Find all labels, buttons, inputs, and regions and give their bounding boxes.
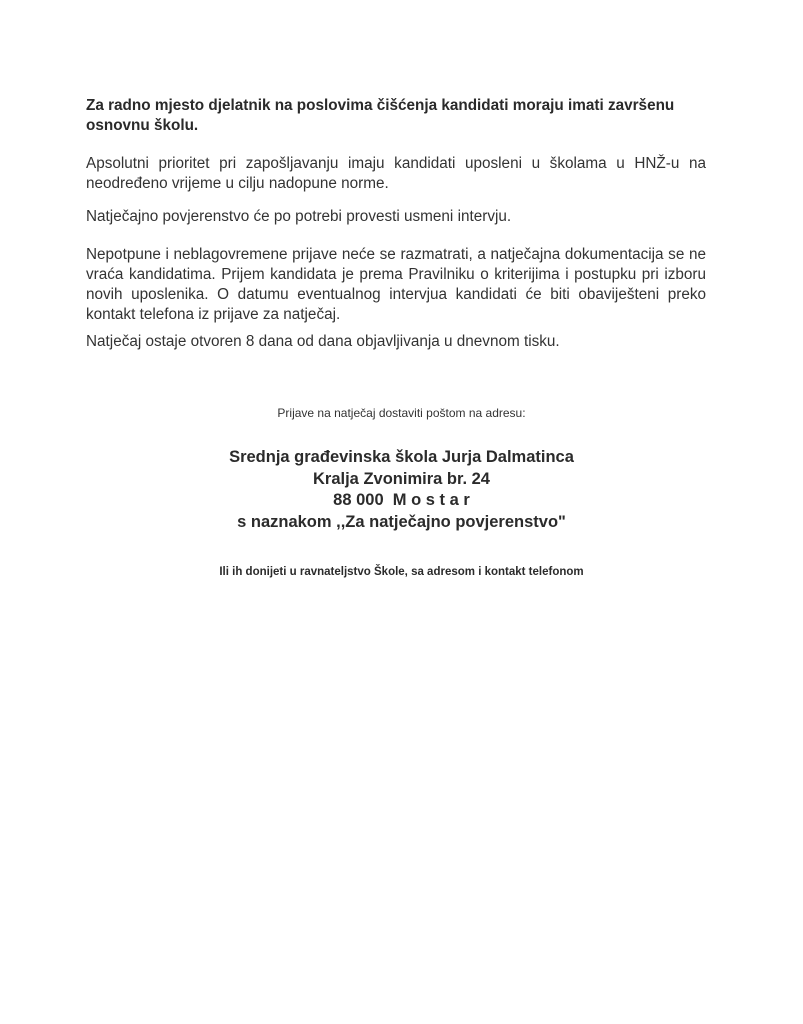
interview-paragraph: Natječajno povjerenstvo će po potrebi pr…: [86, 207, 706, 227]
priority-paragraph: Apsolutni prioritet pri zapošljavanju im…: [86, 154, 706, 194]
delivery-note: Ili ih donijeti u ravnateljstvo Škole, s…: [0, 566, 803, 578]
address-street: Kralja Zvonimira br. 24: [0, 469, 803, 491]
deadline-paragraph: Natječaj ostaje otvoren 8 dana od dana o…: [86, 332, 706, 352]
address-marking: s naznakom ,,Za natječajno povjerenstvo": [0, 512, 803, 534]
requirement-paragraph: Za radno mjesto djelatnik na poslovima č…: [86, 96, 706, 136]
document-page: Za radno mjesto djelatnik na poslovima č…: [0, 0, 803, 1024]
address-block: Srednja građevinska škola Jurja Dalmatin…: [0, 447, 803, 533]
applications-paragraph: Nepotpune i neblagovremene prijave neće …: [86, 245, 706, 325]
submission-intro: Prijave na natječaj dostaviti poštom na …: [0, 406, 803, 420]
address-school-name: Srednja građevinska škola Jurja Dalmatin…: [0, 447, 803, 469]
address-city: 88 000 M o s t a r: [0, 490, 803, 512]
